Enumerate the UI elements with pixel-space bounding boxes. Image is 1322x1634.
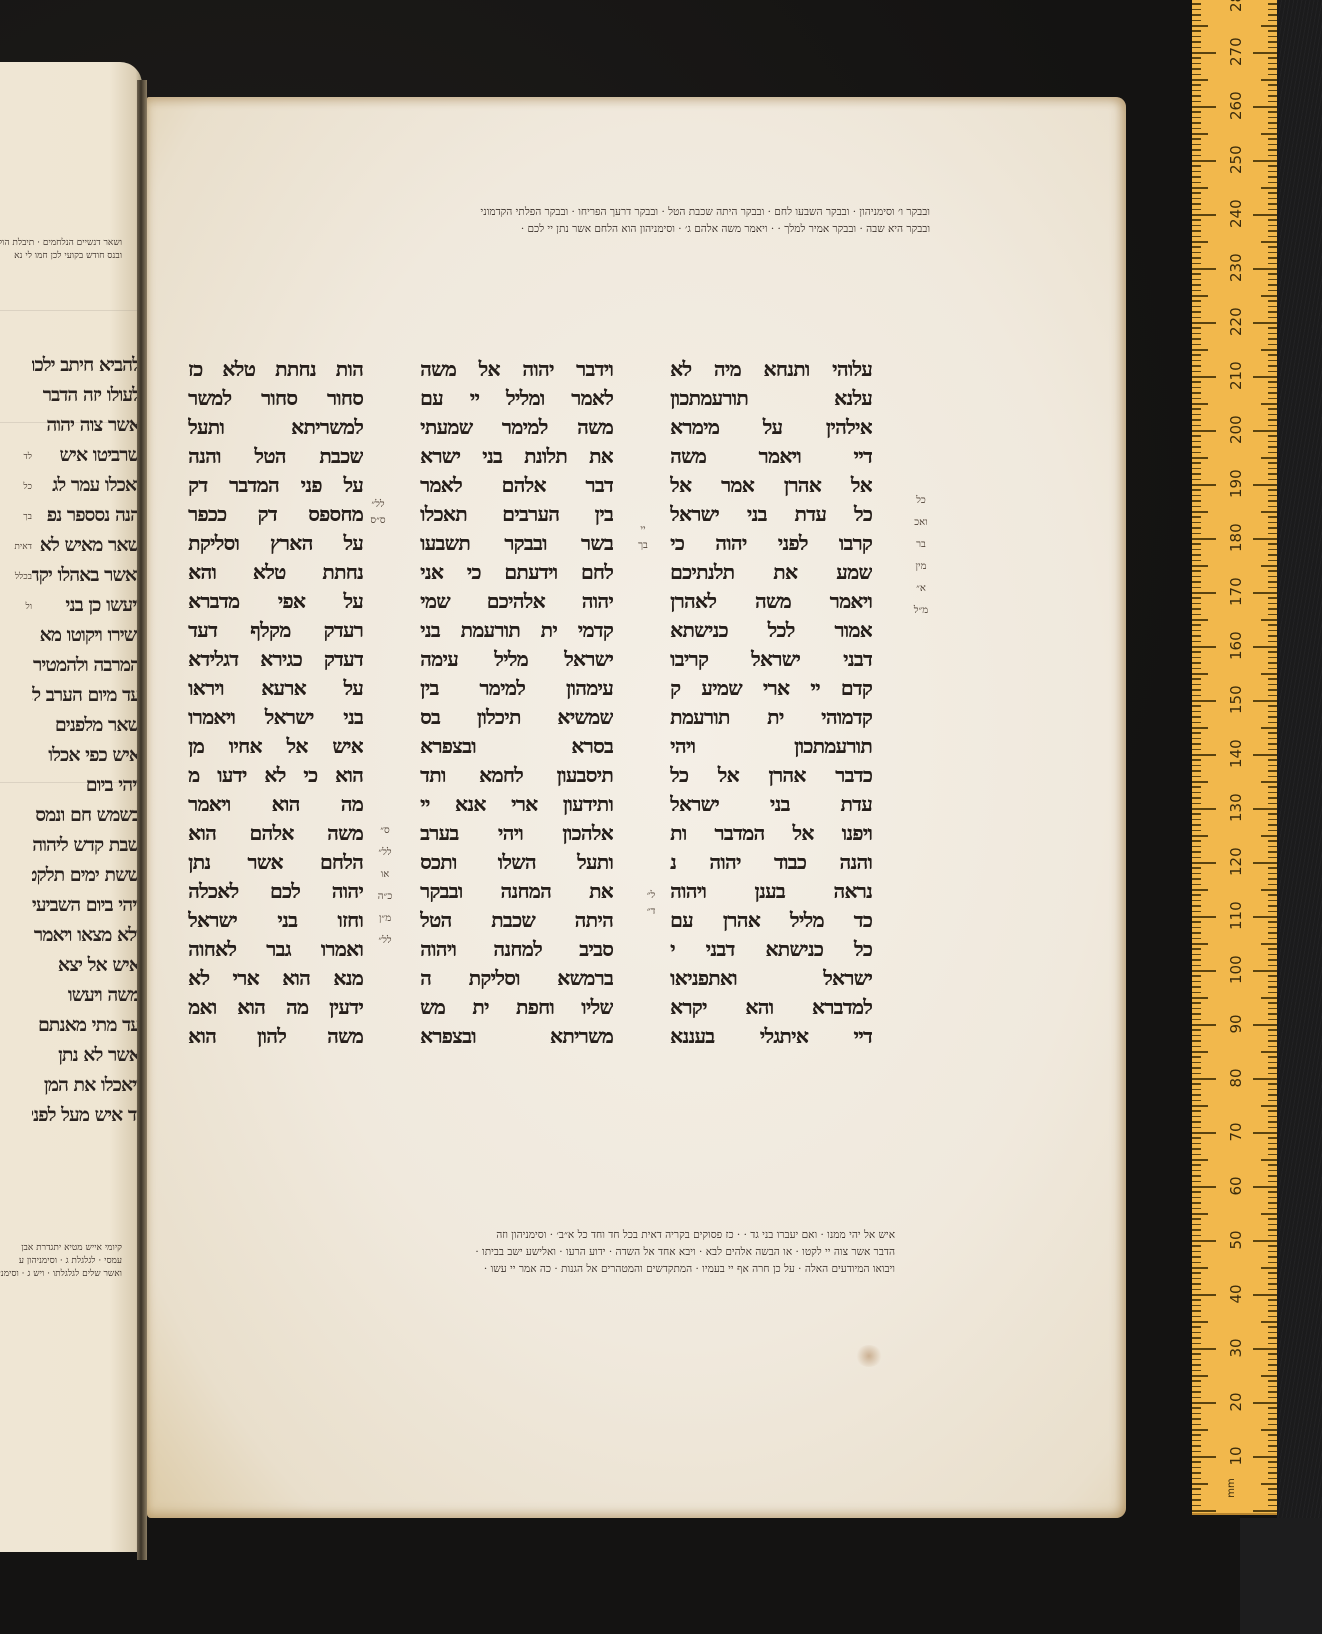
ruler-tick	[1268, 522, 1277, 524]
ruler-tick	[1192, 1488, 1201, 1490]
ruler-tick	[1268, 1272, 1277, 1274]
masorah-line: ובבקר ו׳ וסימניהון · ובבקר השבעו לחם · ו…	[185, 204, 930, 221]
ruler-tick	[1192, 144, 1201, 146]
ruler-tick	[1192, 1143, 1201, 1145]
text-line: כד מליל אהרן עם	[670, 906, 872, 935]
ruler-tick	[1192, 1121, 1201, 1123]
ruler-tick	[1268, 695, 1277, 697]
ruler-tick	[1268, 435, 1277, 437]
ruler-tick	[1192, 695, 1201, 697]
text-line: למשריתא ותעל	[188, 413, 363, 442]
ruler-tick	[1268, 1488, 1277, 1490]
ruler-tick	[1268, 911, 1277, 913]
masorah-parva-right: כל ואכ בר מין א״ מ״ל	[906, 490, 936, 622]
ruler-number: 70	[1222, 1118, 1250, 1146]
ruler-number: 120	[1222, 848, 1250, 876]
ruler-tick	[1253, 214, 1277, 216]
text-line: אשר לא נתן	[32, 1040, 140, 1070]
ruler-tick	[1192, 711, 1201, 713]
ruler-tick	[1192, 203, 1201, 205]
text-line: ויאכלו את המן	[32, 1070, 140, 1100]
ruler-tick	[1192, 9, 1201, 11]
ruler-tick	[1192, 1370, 1201, 1372]
text-line: אילהין על מימרא	[670, 413, 872, 442]
ruler-tick	[1192, 122, 1201, 124]
ruler-tick	[1261, 1051, 1277, 1053]
ruler-tick	[1268, 738, 1277, 740]
margin-note: לד	[2, 442, 32, 472]
ruler-tick	[1192, 484, 1216, 486]
text-line: משה אלהם הוא	[188, 819, 363, 848]
text-line: לחם וידעתם כי אני	[420, 558, 613, 587]
text-line: עד מתי מאנתם	[32, 1010, 140, 1040]
ruler-tick	[1268, 473, 1277, 475]
ruler-number: 230	[1222, 254, 1250, 282]
ruler-tick	[1268, 1235, 1277, 1237]
text-line: בשמש חם ונמס	[32, 800, 140, 830]
ruler-tick	[1192, 932, 1201, 934]
ruler-tick	[1192, 1326, 1201, 1328]
ruler-tick	[1268, 614, 1277, 616]
text-line: ואשר באהלו יקח	[32, 560, 140, 590]
ruler-tick	[1192, 408, 1201, 410]
text-line: בני ישראל ויאמרו	[188, 703, 363, 732]
ruler-tick	[1192, 1197, 1201, 1199]
text-line: את המחנה ובבקר	[420, 877, 613, 906]
ruler-tick	[1268, 1440, 1277, 1442]
ruler-tick	[1192, 846, 1201, 848]
text-line: משה להון הוא	[188, 1022, 363, 1051]
ruler-tick	[1268, 500, 1277, 502]
ruler-tick	[1261, 133, 1277, 135]
ruler-tick	[1268, 938, 1277, 940]
ruler-tick	[1268, 14, 1277, 16]
margin-note: ול	[2, 592, 32, 622]
masorah-line: ויבואו המיודעים האלה · על כן חרה אף יי ב…	[155, 1261, 895, 1278]
margin-note: או	[370, 864, 400, 886]
ruler-tick	[1192, 68, 1201, 70]
ruler-tick	[1268, 273, 1277, 275]
ruler-tick	[1192, 489, 1201, 491]
ruler-tick	[1192, 306, 1201, 308]
ruler-tick	[1268, 47, 1277, 49]
ruler-tick	[1192, 1094, 1201, 1096]
ruler-tick	[1192, 565, 1208, 567]
book-gutter	[137, 80, 147, 1560]
ruler-tick	[1268, 182, 1277, 184]
ruler-tick	[1192, 214, 1216, 216]
ruler-number: 90	[1222, 1010, 1250, 1038]
ruler-tick	[1268, 803, 1277, 805]
ruler-tick	[1268, 398, 1277, 400]
ruler-tick	[1192, 41, 1201, 43]
text-line: ידעין מה הוא ואמ	[188, 993, 363, 1022]
ruler-tick	[1192, 84, 1201, 86]
text-line: נראה בענן ויהוה	[670, 877, 872, 906]
ruler-tick	[1192, 954, 1201, 956]
ruler-tick	[1268, 624, 1277, 626]
ruler-tick	[1268, 138, 1277, 140]
ruler-tick	[1192, 257, 1201, 259]
ruler-tick	[1268, 408, 1277, 410]
ruler-tick	[1192, 1164, 1201, 1166]
ruler-tick	[1268, 851, 1277, 853]
ruler-tick	[1268, 603, 1277, 605]
ruler-number: 270	[1222, 38, 1250, 66]
text-line: להביא חיתב ילכון	[32, 350, 140, 380]
ruler-tick	[1268, 1343, 1277, 1345]
text-line: מה הוא ויאמר	[188, 790, 363, 819]
text-line: משה למימר שמעתי	[420, 413, 613, 442]
text-line: את תלונת בני ישרא	[420, 442, 613, 471]
text-line: קדם יי ארי שמיע ק	[670, 674, 872, 703]
ruler-tick	[1268, 111, 1277, 113]
ruler-tick	[1192, 219, 1201, 221]
ruler-tick	[1268, 1110, 1277, 1112]
ruler-tick	[1268, 857, 1277, 859]
ruler-tick	[1261, 565, 1277, 567]
ruler-tick	[1192, 1364, 1201, 1366]
text-line: אמור לכל כנישתא	[670, 616, 872, 645]
ruler-tick	[1192, 673, 1208, 675]
ruler-tick	[1192, 1240, 1216, 1242]
ruler-tick	[1192, 1456, 1216, 1458]
ruler-tick	[1192, 867, 1201, 869]
ruler-tick	[1253, 1132, 1277, 1134]
ruler-tick	[1253, 1348, 1277, 1350]
ruler-tick	[1192, 608, 1201, 610]
ruler-tick	[1192, 236, 1201, 238]
ruler-tick	[1253, 322, 1277, 324]
ruler-tick	[1192, 641, 1201, 643]
ruler-tick	[1268, 770, 1277, 772]
ruler-tick	[1192, 635, 1201, 637]
text-line: למדברא והא יקרא	[670, 993, 872, 1022]
ruler-tick	[1192, 624, 1201, 626]
ruler-tick	[1192, 527, 1201, 529]
ruler-tick	[1192, 365, 1201, 367]
text-line: היתה שכבת הטל	[420, 906, 613, 935]
text-line: ואמרו גבר לאחוה	[188, 935, 363, 964]
ruler-tick	[1192, 835, 1208, 837]
ruler-tick	[1268, 543, 1277, 545]
text-line: ברמשא וסליקת ה	[420, 964, 613, 993]
ruler-tick	[1192, 225, 1201, 227]
ruler-tick	[1268, 1467, 1277, 1469]
ruler-tick	[1192, 1359, 1201, 1361]
ruler-tick	[1261, 349, 1277, 351]
ruler-number: 190	[1222, 470, 1250, 498]
ruler-tick	[1268, 495, 1277, 497]
ruler-tick	[1261, 889, 1277, 891]
ruler-number: 240	[1222, 200, 1250, 228]
ruler-tick	[1268, 1364, 1277, 1366]
text-line: משריתא ובצפרא	[420, 1022, 613, 1051]
margin-note: ואכ	[906, 512, 936, 534]
ruler-tick	[1261, 241, 1277, 243]
ruler-tick	[1192, 430, 1216, 432]
text-line: ויאמר משה לאהרן	[670, 587, 872, 616]
text-line: ותעל השלו ותכס	[420, 848, 613, 877]
ruler-tick	[1192, 30, 1201, 32]
text-line: שליו וחפת ית מש	[420, 993, 613, 1022]
ruler-tick	[1261, 1105, 1277, 1107]
ruler-tick	[1268, 279, 1277, 281]
ruler-tick	[1268, 900, 1277, 902]
ruler-tick	[1268, 1505, 1277, 1507]
ruler-tick	[1268, 587, 1277, 589]
ruler-tick	[1192, 1262, 1201, 1264]
ruler-number: 30	[1222, 1334, 1250, 1362]
verso-masorah-top: ושאר דנשיים הנלחמים · תיבלת הולך ובנס חו…	[0, 237, 122, 263]
ruler-tick	[1192, 1191, 1201, 1193]
ruler-tick	[1192, 786, 1201, 788]
ruler-tick	[1261, 835, 1277, 837]
ruler-tick	[1192, 263, 1201, 265]
margin-note: ל״	[636, 888, 666, 904]
ruler-tick	[1192, 155, 1201, 157]
text-line: ישראל מליל עימה	[420, 645, 613, 674]
ruler-tick	[1192, 1116, 1201, 1118]
ruler-tick	[1268, 1029, 1277, 1031]
ruler-tick	[1268, 1067, 1277, 1069]
ruler-tick	[1192, 965, 1201, 967]
text-line: איש אל יצא	[32, 950, 140, 980]
ruler-tick	[1268, 1062, 1277, 1064]
ruler-tick	[1192, 1510, 1216, 1512]
ruler-tick	[1192, 457, 1208, 459]
ruler-tick	[1268, 1386, 1277, 1388]
ruler-tick	[1253, 1240, 1277, 1242]
ruler-tick	[1261, 673, 1277, 675]
ruler-tick	[1268, 338, 1277, 340]
ruler-tick	[1253, 1024, 1277, 1026]
masorah-line: ושאר דנשיים הנלחמים · תיבלת הולך	[0, 237, 122, 250]
ruler-tick	[1192, 192, 1201, 194]
ruler-tick	[1192, 657, 1201, 659]
ruler-tick	[1261, 1159, 1277, 1161]
ruler-tick	[1268, 711, 1277, 713]
ruler-tick	[1268, 1089, 1277, 1091]
ruler-unit-label: mm	[1226, 1476, 1246, 1500]
ruler-tick	[1192, 506, 1201, 508]
ruler-tick	[1192, 403, 1208, 405]
ruler-tick	[1268, 365, 1277, 367]
ruler-tick	[1268, 1170, 1277, 1172]
ruler-tick	[1192, 554, 1201, 556]
ruler-tick	[1268, 975, 1277, 977]
text-line: בין הערבים תאכלו	[420, 500, 613, 529]
margin-note: א״	[906, 578, 936, 600]
ruler-tick	[1253, 754, 1277, 756]
text-line: שכבת הטל והנה	[188, 442, 363, 471]
ruler-tick	[1192, 230, 1201, 232]
ruler-tick	[1192, 851, 1201, 853]
ruler-tick	[1268, 246, 1277, 248]
text-line: המרבה ולהמטיר	[32, 650, 140, 680]
ruler-tick	[1192, 322, 1216, 324]
ruler-tick	[1192, 840, 1201, 842]
ruler-tick	[1192, 317, 1201, 319]
ruler-tick	[1268, 657, 1277, 659]
ruler-tick	[1268, 9, 1277, 11]
ruler-tick	[1192, 981, 1201, 983]
ruler-tick	[1192, 1505, 1201, 1507]
ruler-tick	[1268, 1224, 1277, 1226]
ruler-tick	[1268, 1359, 1277, 1361]
ruler-tick	[1192, 160, 1216, 162]
ruler-tick	[1268, 1499, 1277, 1501]
ruler-tick	[1192, 252, 1201, 254]
ruler-tick	[1253, 1402, 1277, 1404]
ruler-tick	[1192, 1278, 1201, 1280]
ruler-tick	[1192, 311, 1201, 313]
text-line: משה ויעשו	[32, 980, 140, 1010]
ruler-tick	[1268, 252, 1277, 254]
ruler-tick	[1192, 614, 1201, 616]
ruler-number: 10	[1222, 1442, 1250, 1470]
ruler-tick	[1261, 403, 1277, 405]
text-line: לאמר ומליל יי עם	[420, 384, 613, 413]
ruler-tick	[1268, 1262, 1277, 1264]
ruler-tick	[1192, 921, 1201, 923]
ruler-tick	[1192, 376, 1216, 378]
text-line: הנה נסספר נפ	[32, 500, 140, 530]
ruler-tick	[1192, 52, 1216, 54]
ruler-tick	[1268, 446, 1277, 448]
margin-note: לל״	[370, 842, 400, 864]
ruler-tick	[1192, 1127, 1201, 1129]
ruler-tick	[1192, 452, 1201, 454]
text-line: על אפי מדברא	[188, 587, 363, 616]
ruler-tick	[1192, 1402, 1216, 1404]
ruler-tick	[1268, 20, 1277, 22]
text-line: שאר מלפנים	[32, 710, 140, 740]
ruler-tick	[1192, 392, 1201, 394]
masorah-line: עמסי · לגלגלת ג · וסימניהון ע	[0, 1255, 122, 1268]
ruler-tick	[1192, 1100, 1201, 1102]
masorah-parva-ab-upper: לל״ ס״ס	[363, 497, 393, 529]
ruler-tick	[1192, 209, 1201, 211]
ruler-tick	[1192, 1105, 1208, 1107]
ruler-tick	[1192, 360, 1201, 362]
ruler-tick	[1192, 705, 1201, 707]
ruler-tick	[1268, 1116, 1277, 1118]
ruler-tick	[1192, 1380, 1201, 1382]
masorah-line: ובבקר היא שבה · ובבקר אמיר למלך · · ויאמ…	[185, 221, 930, 238]
ruler-tick	[1261, 1267, 1277, 1269]
ruler-tick	[1192, 1019, 1201, 1021]
ruler-tick	[1192, 1208, 1201, 1210]
ruler-tick	[1192, 592, 1216, 594]
ruler-tick	[1268, 1094, 1277, 1096]
ruler-tick	[1192, 732, 1201, 734]
ruler-tick	[1192, 646, 1216, 648]
ruler-tick	[1192, 857, 1201, 859]
ruler-tick	[1192, 171, 1201, 173]
ruler-tick	[1192, 473, 1201, 475]
margin-note: יי	[628, 522, 658, 538]
ruler-tick	[1261, 1375, 1277, 1377]
ruler-tick	[1192, 1299, 1201, 1301]
ruler-tick	[1192, 770, 1201, 772]
ruler-tick	[1268, 1478, 1277, 1480]
ruler-number: 100	[1222, 956, 1250, 984]
ruler-number: 80	[1222, 1064, 1250, 1092]
margin-note: לל״	[370, 930, 400, 952]
ruler-tick	[1268, 1056, 1277, 1058]
ruler-tick	[1192, 1483, 1208, 1485]
ruler-tick	[1268, 932, 1277, 934]
parchment-stain	[855, 1345, 883, 1367]
ruler-tick	[1268, 1008, 1277, 1010]
ruler-tick	[1268, 257, 1277, 259]
ruler-tick	[1268, 1035, 1277, 1037]
ruler-tick	[1261, 1213, 1277, 1215]
ruler-tick	[1192, 759, 1201, 761]
ruler-tick	[1268, 144, 1277, 146]
ruler-tick	[1192, 3, 1201, 5]
ruler-tick	[1268, 840, 1277, 842]
ruler-tick	[1268, 68, 1277, 70]
ruler-tick	[1192, 344, 1201, 346]
ruler-tick	[1192, 101, 1201, 103]
text-line: קדמוהי ית תורעמת	[670, 703, 872, 732]
margin-note: מ״ל	[906, 600, 936, 622]
ruler-tick	[1192, 560, 1201, 562]
ruler-tick	[1192, 1181, 1201, 1183]
ruler-tick	[1268, 878, 1277, 880]
ruler-tick	[1268, 1278, 1277, 1280]
ruler-tick	[1268, 1413, 1277, 1415]
ruler-tick	[1268, 668, 1277, 670]
ruler-tick	[1268, 381, 1277, 383]
ruler-tick	[1192, 1229, 1201, 1231]
ruler-tick	[1192, 241, 1208, 243]
ruler-tick	[1268, 1229, 1277, 1231]
ruler-tick	[1192, 1321, 1208, 1323]
ruler-tick	[1253, 538, 1277, 540]
margin-note: מין	[906, 556, 936, 578]
ruler-tick	[1261, 997, 1277, 999]
ruler-tick	[1253, 376, 1277, 378]
ruler-tick	[1192, 1175, 1201, 1177]
ruler-tick	[1268, 1013, 1277, 1015]
ruler-tick	[1268, 41, 1277, 43]
ruler-tick	[1192, 1375, 1208, 1377]
ruler-tick	[1268, 489, 1277, 491]
ruler-tick	[1268, 597, 1277, 599]
text-line: אשר צוה יהוה	[32, 410, 140, 440]
ruler-tick	[1192, 943, 1208, 945]
ruler-tick	[1192, 1461, 1201, 1463]
ruler-tick	[1192, 1013, 1201, 1015]
ruler-tick	[1261, 1483, 1277, 1485]
ruler-tick	[1192, 1472, 1201, 1474]
ruler-tick	[1268, 608, 1277, 610]
ruler-tick	[1192, 873, 1201, 875]
masorah-parva-bc-lower: ל״ ד״	[636, 888, 666, 920]
ruler-tick	[1268, 684, 1277, 686]
ruler-tick	[1192, 25, 1208, 27]
ruler-tick	[1192, 1407, 1201, 1409]
ruler-tick	[1268, 813, 1277, 815]
ruler-tick	[1268, 786, 1277, 788]
verso-page: ושאר דנשיים הנלחמים · תיבלת הולך ובנס חו…	[0, 62, 142, 1552]
margin-note: ס״ס	[363, 513, 393, 529]
text-line: בשר ובבקר תשבעו	[420, 529, 613, 558]
ruler-tick	[1192, 824, 1201, 826]
